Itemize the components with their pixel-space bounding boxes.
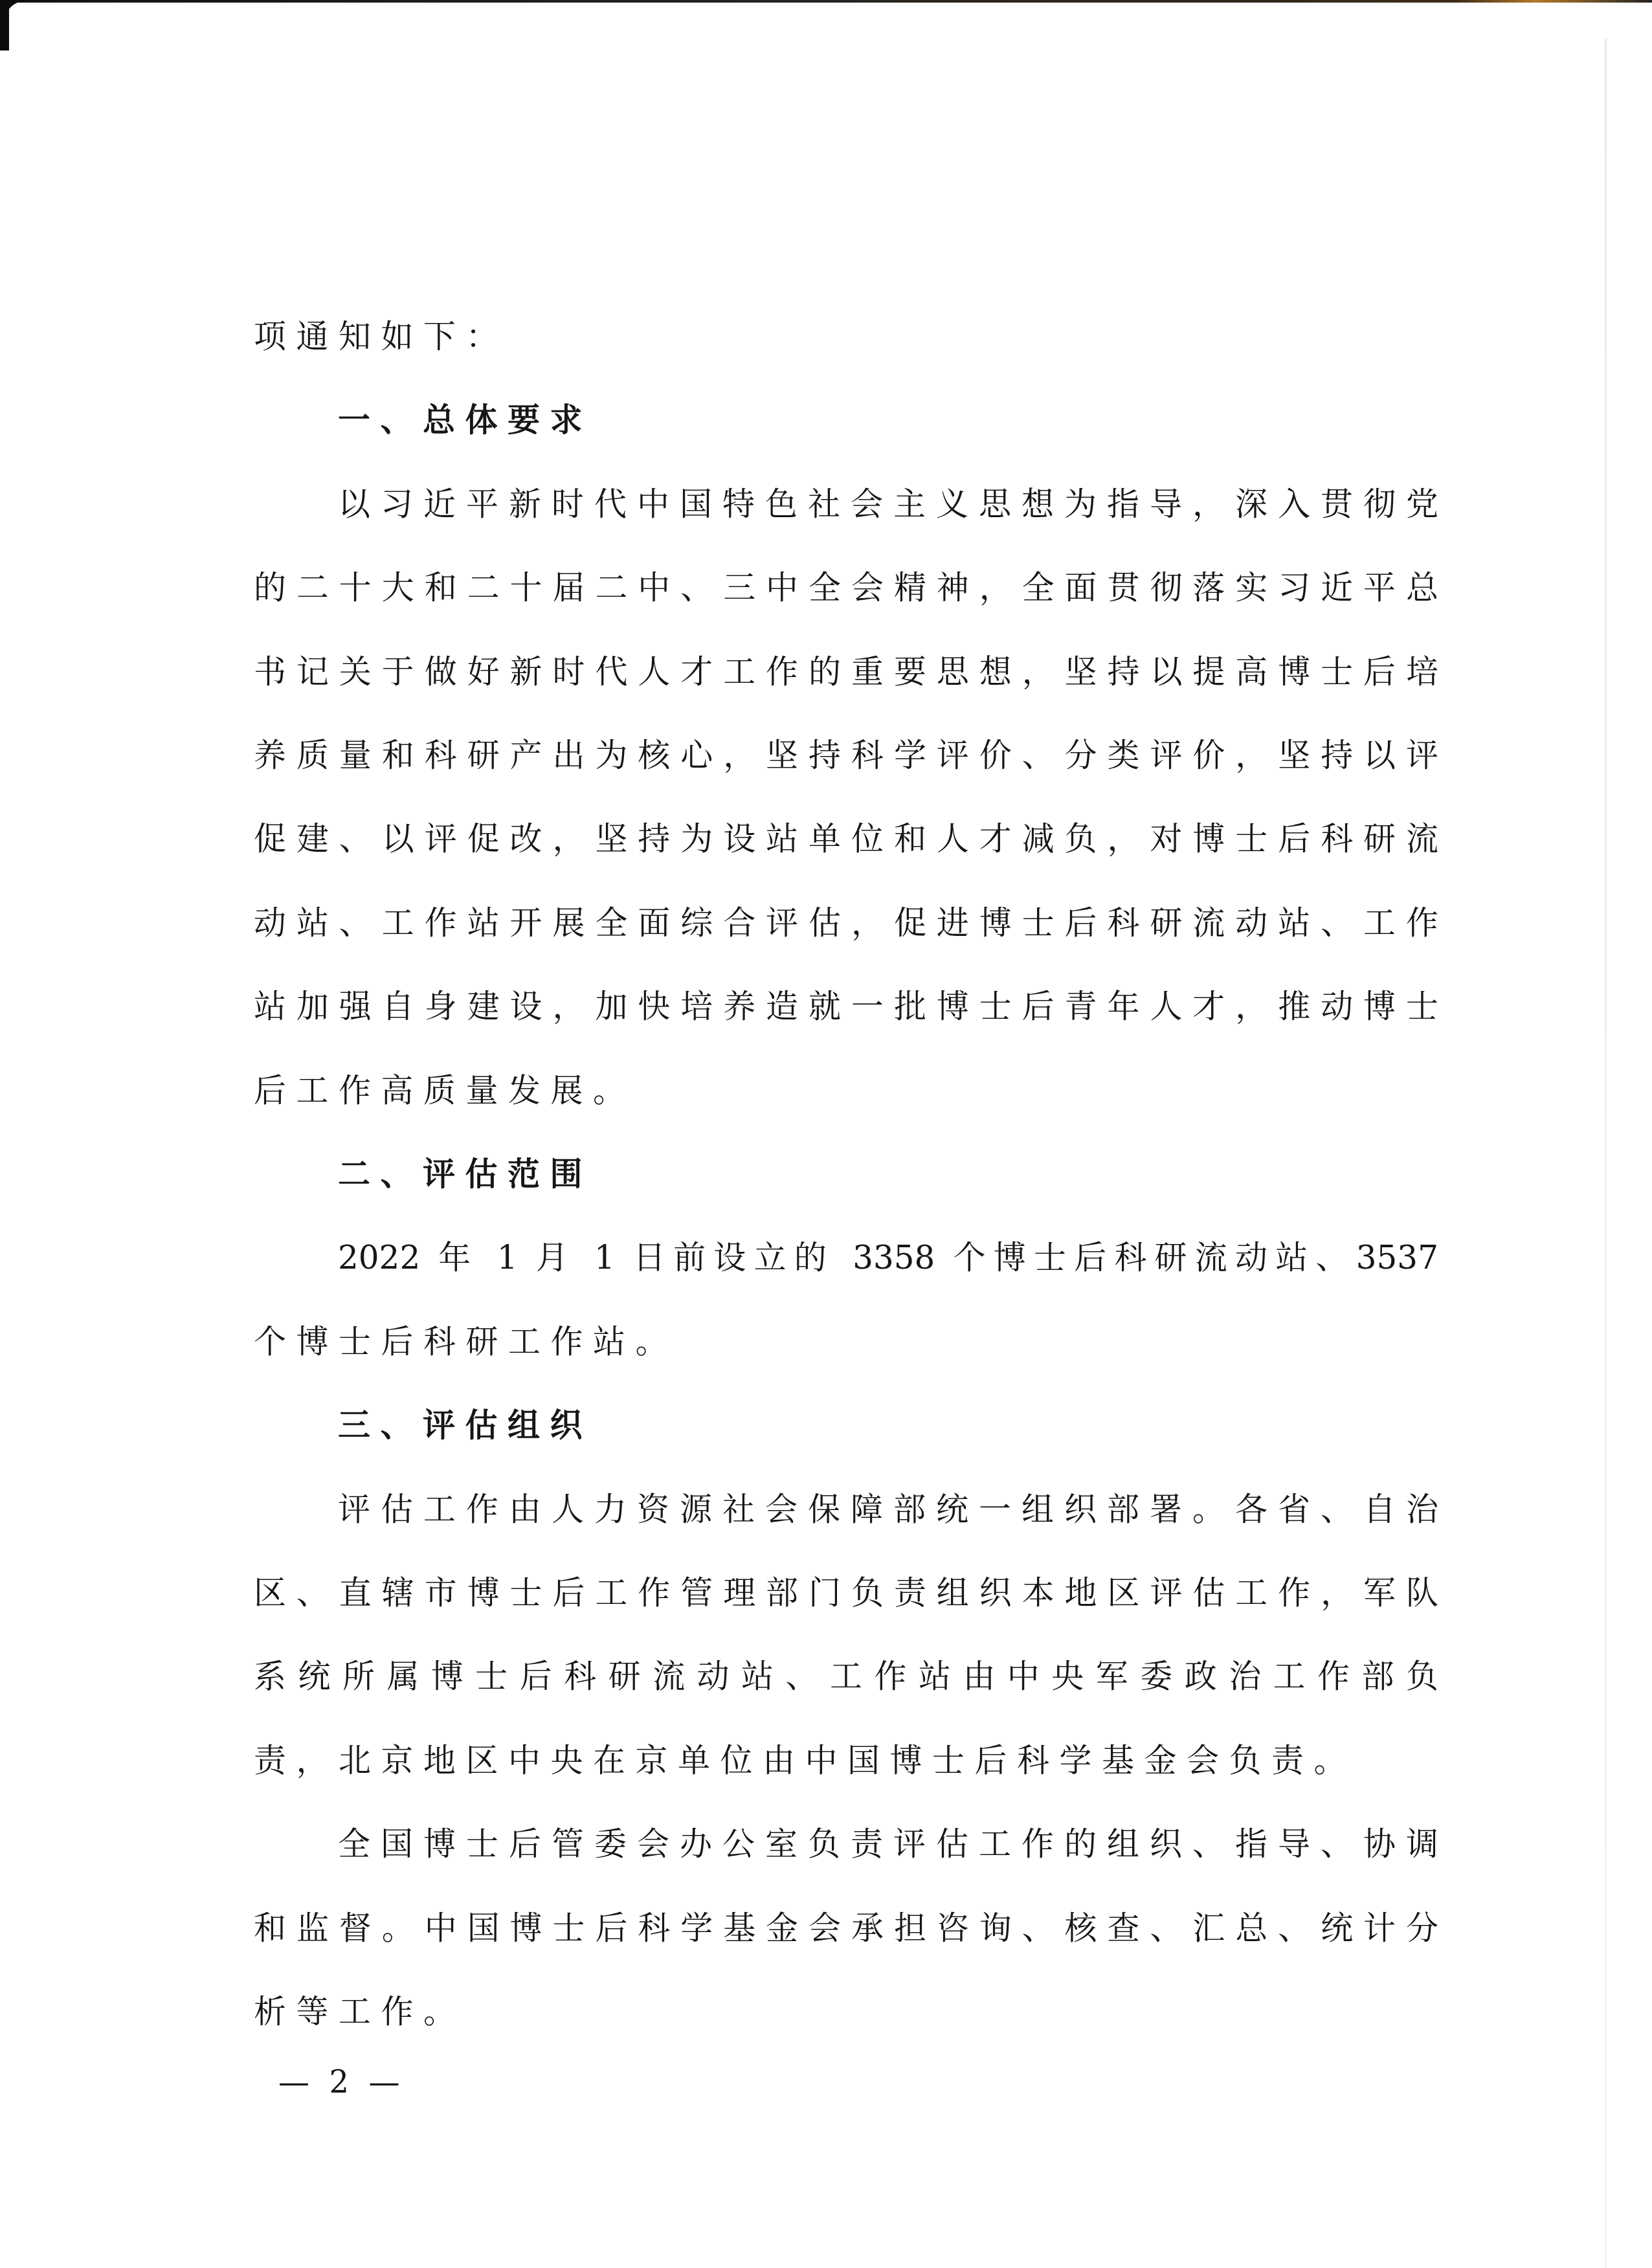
text-line: 全国博士后管委会办公室负责评估工作的组织、指导、协调 [338, 1818, 1438, 1870]
text-line: 个博士后科研工作站。 [254, 1316, 1438, 1368]
scan-top-edge [0, 0, 1652, 3]
scan-artifact-rule [1605, 39, 1607, 2268]
text-line: 书记关于做好新时代人才工作的重要思想，坚持以提高博士后培 [254, 646, 1438, 698]
text-line: 区、直辖市博士后工作管理部门负责组织本地区评估工作，军队 [254, 1567, 1438, 1619]
text-line: 析等工作。 [254, 1986, 1438, 2038]
scanned-page: 项通知如下： 一、总体要求 以习近平新时代中国特色社会主义思想为指导，深入贯彻党… [0, 0, 1652, 2268]
text-line: 的二十大和二十届二中、三中全会精神，全面贯彻落实习近平总 [254, 562, 1438, 614]
text-line: 站加强自身建设，加快培养造就一批博士后青年人才，推动博士 [254, 981, 1438, 1032]
text-line: 2022 年 1 月 1 日前设立的 3358 个博士后科研流动站、3537 [338, 1232, 1438, 1284]
text-line: 养质量和科研产出为核心，坚持科学评价、分类评价，坚持以评 [254, 729, 1438, 781]
page-number: — 2 — [278, 2063, 400, 2102]
text-line: 后工作高质量发展。 [254, 1065, 1438, 1117]
text-line: 评估工作由人力资源社会保障部统一组织部署。各省、自治 [338, 1484, 1438, 1535]
section-heading-3: 三、评估组织 [338, 1399, 1438, 1451]
text-line: 责，北京地区中央在京单位由中国博士后科学基金会负责。 [254, 1735, 1438, 1786]
text-line: 促建、以评促改，坚持为设站单位和人才减负，对博士后科研流 [254, 813, 1438, 865]
text-line: 和监督。中国博士后科学基金会承担咨询、核查、汇总、统计分 [254, 1902, 1438, 1954]
text-line: 动站、工作站开展全面综合评估，促进博士后科研流动站、工作 [254, 897, 1438, 949]
section-heading-1: 一、总体要求 [338, 394, 1438, 446]
text-line: 项通知如下： [254, 311, 1438, 362]
section-heading-2: 二、评估范围 [338, 1148, 1438, 1200]
text-line: 系统所属博士后科研流动站、工作站由中央军委政治工作部负 [254, 1651, 1438, 1702]
text-line: 以习近平新时代中国特色社会主义思想为指导，深入贯彻党 [338, 478, 1438, 530]
scan-corner-curve [5, 1, 31, 27]
